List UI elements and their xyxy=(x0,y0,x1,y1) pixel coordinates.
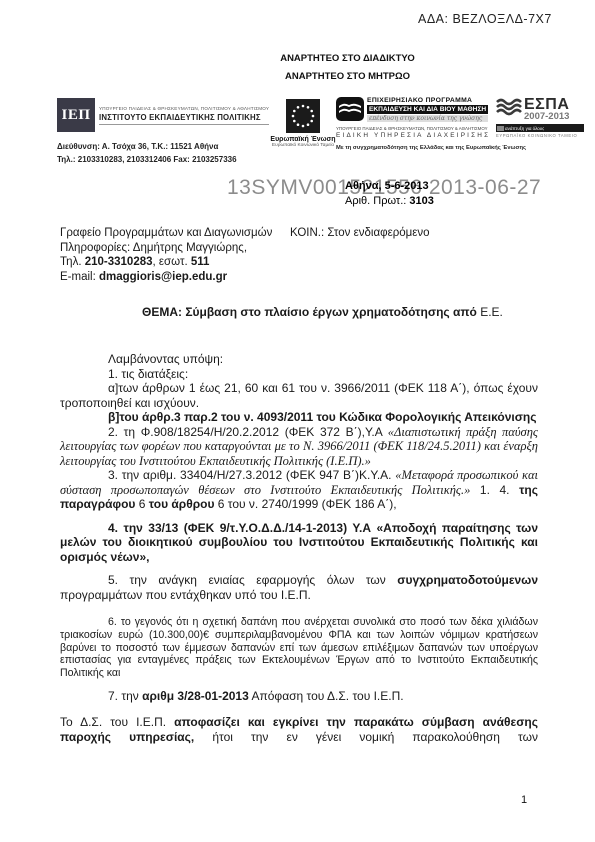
document-body: Λαμβάνοντας υπόψη: 1. τις διατάξεις: α]τ… xyxy=(60,352,538,744)
koin-label: ΚΟΙΝ.: Στον ενδιαφερόμενο xyxy=(290,226,538,241)
espa-block: ΕΣΠΑ 2007-2013 ανάπτυξη για όλους ΕΥΡΩΠΑ… xyxy=(496,97,588,138)
espa-waves-icon xyxy=(496,97,522,117)
decision-paragraph: Το Δ.Σ. του Ι.Ε.Π. αποφασίζει και εγκρίν… xyxy=(60,715,538,744)
item5-intro: 5. την ανάγκη ενιαίας εφαρμογής όλων των xyxy=(108,573,397,587)
ep-line1: ΕΠΙΧΕΙΡΗΣΙΑΚΟ ΠΡΟΓΡΑΜΜΑ xyxy=(367,97,488,104)
ep-service-label: ΕΙΔΙΚΗ ΥΠΗΡΕΣΙΑ ΔΙΑΧΕΙΡΙΣΗΣ xyxy=(336,132,484,139)
contact-phone: Τηλ. 210-3310283, εσωτ. 511 xyxy=(60,255,538,270)
subject-line: ΘΕΜΑ: Σύμβαση στο πλαίσιο έργων χρηματοδ… xyxy=(142,305,538,319)
protocol-label: Αριθ. Πρωτ.: xyxy=(345,195,409,207)
iep-address: Διεύθυνση: Α. Τσόχα 36, Τ.Κ.: 11521 Αθήν… xyxy=(57,140,272,153)
eu-sub-label: Ευρωπαϊκό Κοινωνικό Ταμείο xyxy=(266,143,340,148)
main-content: Γραφείο Προγραμμάτων και Διαγωνισμών ΚΟΙ… xyxy=(60,226,538,744)
page-number: 1 xyxy=(521,794,527,806)
subject-bold: ΘΕΜΑ: Σύμβαση στο πλαίσιο έργων χρηματοδ… xyxy=(142,305,480,319)
list-item-2: 2. τη Φ.908/18254/Η/20.2.2012 (ΦΕΚ 372 Β… xyxy=(60,425,538,469)
list-item-1: 1. τις διατάξεις: xyxy=(60,367,538,382)
tel-mid: , εσωτ. xyxy=(153,256,191,268)
tel-ext: 511 xyxy=(191,256,210,268)
open-book-icon xyxy=(336,97,364,121)
ep-ministry-label: ΥΠΟΥΡΓΕΙΟ ΠΑΙΔΕΙΑΣ & ΘΡΗΣΚΕΥΜΑΤΩΝ, ΠΟΛΙΤ… xyxy=(336,126,484,131)
ep-line3: επένδυση στην κοινωνία της γνώσης xyxy=(367,115,488,122)
greek-flag-icon xyxy=(497,126,504,131)
protocol-number: 3103 xyxy=(409,195,433,207)
item3-mid: 1. 4. xyxy=(470,483,519,497)
iep-header-block: ΙΕΠ ΥΠΟΥΡΓΕΙΟ ΠΑΙΔΕΙΑΣ & ΘΡΗΣΚΕΥΜΑΤΩΝ, Π… xyxy=(57,98,272,166)
list-item-4: 4. την 33/13 (ΦΕΚ 9/τ.Υ.Ο.Δ.Δ./14-1-2013… xyxy=(60,521,538,565)
item3-intro: 3. την αριθμ. 33404/Η/27.3.2012 (ΦΕΚ 947… xyxy=(108,468,395,482)
item7-end: Απόφαση του Δ.Σ. του Ι.Ε.Π. xyxy=(249,689,404,703)
espa-band-text: ανάπτυξη για όλους xyxy=(505,126,544,131)
operational-programme-block: ΕΠΙΧΕΙΡΗΣΙΑΚΟ ΠΡΟΓΡΑΜΜΑ ΕΚΠΑΙΔΕΥΣΗ ΚΑΙ Δ… xyxy=(336,97,484,151)
office-label: Γραφείο Προγραμμάτων και Διαγωνισμών xyxy=(60,226,290,241)
list-item-3: 3. την αριθμ. 33404/Η/27.3.2012 (ΦΕΚ 947… xyxy=(60,468,538,512)
ep-cofinance-label: Με τη συγχρηματοδότηση της Ελλάδας και τ… xyxy=(336,145,484,151)
list-item-5: 5. την ανάγκη ενιαίας εφαρμογής όλων των… xyxy=(60,573,538,602)
protocol-stamp: Αθήνα, 5-6-2013 Αριθ. Πρωτ.: 3103 xyxy=(345,179,434,209)
document-page: ΑΔΑ: ΒΕΖΛΟΞΛΔ-7Χ7 ΑΝΑΡΤΗΤΕΟ ΣΤΟ ΔΙΑΔΙΚΤΥ… xyxy=(0,0,595,842)
list-item-6: 6. το γεγονός ότι η σχετική δαπάνη που α… xyxy=(60,616,538,680)
espa-band: ανάπτυξη για όλους xyxy=(496,124,584,132)
iep-logo: ΙΕΠ xyxy=(57,98,95,132)
list-item-1a: α]των άρθρων 1 έως 21, 60 και 61 του ν. … xyxy=(60,381,538,410)
subject-normal: Ε.Ε. xyxy=(480,305,503,319)
eu-block: Ευρωπαϊκή Ένωση Ευρωπαϊκό Κοινωνικό Ταμε… xyxy=(266,99,340,148)
ada-code: ΑΔΑ: ΒΕΖΛΟΞΛΔ-7Χ7 xyxy=(418,12,552,26)
tel-label: Τηλ. xyxy=(60,256,85,268)
publication-notice-line2: ΑΝΑΡΤΗΤΕΟ ΣΤΟ ΜΗΤΡΩΟ xyxy=(255,68,440,86)
email-label: E-mail: xyxy=(60,271,99,283)
publication-notice: ΑΝΑΡΤΗΤΕΟ ΣΤΟ ΔΙΑΔΙΚΤΥΟ ΑΝΑΡΤΗΤΕΟ ΣΤΟ ΜΗ… xyxy=(255,50,440,86)
list-item-1b: β]του άρθρ.3 παρ.2 του ν. 4093/2011 του … xyxy=(60,410,538,425)
contact-email-line: E-mail: dmaggioris@iep.edu.gr xyxy=(60,270,538,285)
email-address: dmaggioris@iep.edu.gr xyxy=(99,271,227,283)
iep-ministry-label: ΥΠΟΥΡΓΕΙΟ ΠΑΙΔΕΙΑΣ & ΘΡΗΣΚΕΥΜΑΤΩΝ, ΠΟΛΙΤ… xyxy=(99,106,269,111)
publication-notice-line1: ΑΝΑΡΤΗΤΕΟ ΣΤΟ ΔΙΑΔΙΚΤΥΟ xyxy=(255,50,440,68)
considering-heading: Λαμβάνοντας υπόψη: xyxy=(60,352,538,367)
item7-bold: αριθμ 3/28-01-2013 xyxy=(142,689,249,703)
contact-block: Γραφείο Προγραμμάτων και Διαγωνισμών ΚΟΙ… xyxy=(60,226,538,284)
list-item-7: 7. την αριθμ 3/28-01-2013 Απόφαση του Δ.… xyxy=(60,689,538,704)
iep-institute-label: ΙΝΣΤΙΤΟΥΤΟ ΕΚΠΑΙΔΕΥΤΙΚΗΣ ΠΟΛΙΤΙΚΗΣ xyxy=(99,113,269,125)
tel-number: 210-3310283 xyxy=(85,256,153,268)
item3-end: 6 του ν. 2740/1999 (ΦΕΚ 186 Α΄), xyxy=(214,497,396,511)
ep-line2: ΕΚΠΑΙΔΕΥΣΗ ΚΑΙ ΔΙΑ ΒΙΟΥ ΜΑΘΗΣΗ xyxy=(367,105,488,114)
item5-end: προγραμμάτων που εντάχθηκαν υπό του Ι.Ε.… xyxy=(60,588,311,602)
item3-bold2: του άρθρου xyxy=(149,497,215,511)
contact-info: Πληροφορίες: Δημήτρης Μαγγιώρης, xyxy=(60,241,538,256)
item5-bold: συγχρηματοδοτούμενων xyxy=(397,573,538,587)
espa-sub-label: ΕΥΡΩΠΑΪΚΟ ΚΟΙΝΩΝΙΚΟ ΤΑΜΕΙΟ xyxy=(496,133,588,138)
espa-years-label: 2007-2013 xyxy=(524,112,569,122)
city-date: Αθήνα, 5-6-2013 xyxy=(345,179,434,194)
item3-mid2: 6 xyxy=(135,497,148,511)
eu-name-label: Ευρωπαϊκή Ένωση xyxy=(266,136,340,143)
eu-flag-icon xyxy=(286,99,320,133)
espa-name-label: ΕΣΠΑ xyxy=(524,97,569,112)
item2-intro: 2. τη Φ.908/18254/Η/20.2.2012 (ΦΕΚ 372 Β… xyxy=(108,425,388,439)
decision-end: ήτοι την εν γένει νομική παρακολούθηση τ… xyxy=(194,730,538,744)
iep-phones: Τηλ.: 2103310283, 2103312406 Fax: 210325… xyxy=(57,153,272,166)
protocol-line: Αριθ. Πρωτ.: 3103 xyxy=(345,194,434,209)
decision-intro: Το Δ.Σ. του Ι.Ε.Π. xyxy=(60,715,174,729)
item7-intro: 7. την xyxy=(108,689,142,703)
